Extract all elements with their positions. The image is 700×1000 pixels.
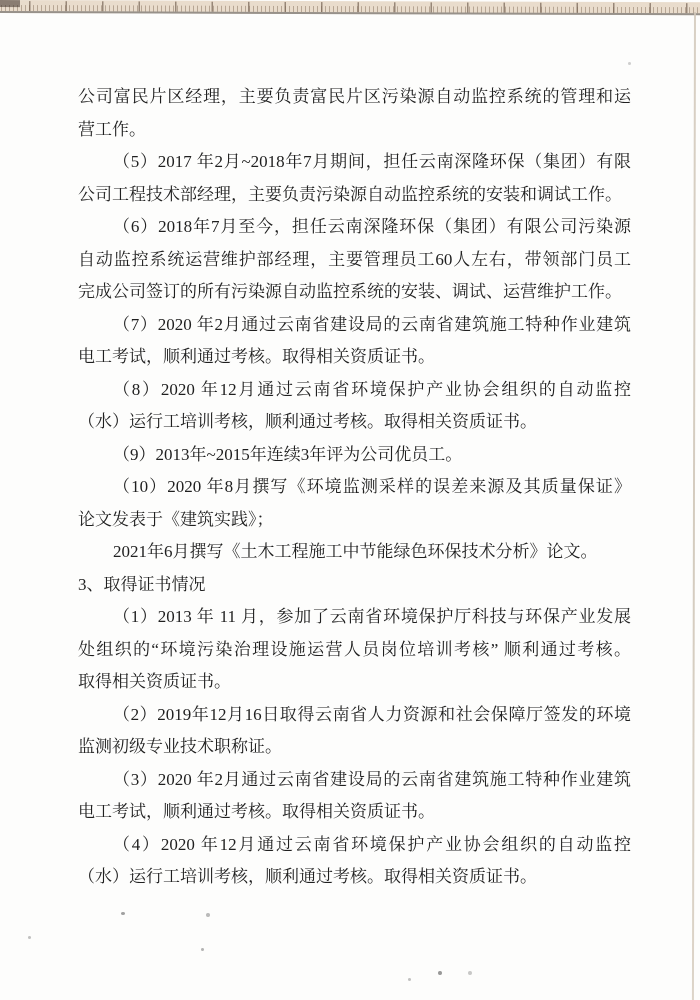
text-line: 2021年6月撰写《土木工程施工中节能绿色环保技术分析》论文。 — [78, 536, 631, 569]
scan-speck — [628, 62, 631, 65]
text-line: 电工考试，顺利通过考核。取得相关资质证书。 — [78, 796, 631, 829]
document-body: 公司富民片区经理，主要负责富民片区污染源自动监控系统的管理和运营工作。（5）20… — [78, 81, 631, 894]
page-edge-line — [692, 12, 696, 1000]
scan-speck — [201, 948, 204, 951]
section-heading: 3、取得证书情况 — [78, 569, 631, 602]
text-line: （2）2019年12月16日取得云南省人力资源和社会保障厅签发的环境 — [78, 699, 631, 732]
text-line: （5）2017 年2月~2018年7月期间，担任云南深隆环保（集团）有限 — [78, 146, 631, 179]
text-line: 论文发表于《建筑实践》； — [78, 504, 631, 537]
text-line: 取得相关资质证书。 — [78, 666, 631, 699]
text-line: （水）运行工培训考核，顺利通过考核。取得相关资质证书。 — [78, 861, 631, 894]
scanned-page: 公司富民片区经理，主要负责富民片区污染源自动监控系统的管理和运营工作。（5）20… — [0, 0, 700, 1000]
scan-speck — [206, 913, 210, 917]
scanner-ruler-strip — [0, 0, 700, 15]
scan-speck — [438, 971, 442, 975]
text-line: （1）2013 年 11 月，参加了云南省环境保护厅科技与环保产业发展 — [78, 601, 631, 634]
text-line: 完成公司签订的所有污染源自动监控系统的安装、调试、运营维护工作。 — [78, 276, 631, 309]
ruler-dark-mark — [0, 0, 20, 7]
text-line: （水）运行工培训考核，顺利通过考核。取得相关资质证书。 — [78, 406, 631, 439]
text-line: （8）2020 年12月通过云南省环境保护产业协会组织的自动监控 — [78, 374, 631, 407]
text-line: （9）2013年~2015年连续3年评为公司优员工。 — [78, 439, 631, 472]
text-line: 监测初级专业技术职称证。 — [78, 731, 631, 764]
text-line: 公司工程技术部经理，主要负责污染源自动监控系统的安装和调试工作。 — [78, 179, 631, 212]
scan-speck — [468, 971, 472, 975]
text-line: 自动监控系统运营维护部经理，主要管理员工60人左右，带领部门员工 — [78, 244, 631, 277]
text-line: （3）2020 年2月通过云南省建设局的云南省建筑施工特种作业建筑 — [78, 764, 631, 797]
text-line: 电工考试，顺利通过考核。取得相关资质证书。 — [78, 341, 631, 374]
text-line: （10）2020 年8月撰写《环境监测采样的误差来源及其质量保证》 — [78, 471, 631, 504]
text-line: （6）2018年7月至今，担任云南深隆环保（集团）有限公司污染源 — [78, 211, 631, 244]
text-line: 营工作。 — [78, 114, 631, 147]
text-line: 公司富民片区经理，主要负责富民片区污染源自动监控系统的管理和运 — [78, 81, 631, 114]
scan-speck — [28, 936, 31, 939]
text-line: （7）2020 年2月通过云南省建设局的云南省建筑施工特种作业建筑 — [78, 309, 631, 342]
text-line: （4）2020 年12月通过云南省环境保护产业协会组织的自动监控 — [78, 829, 631, 862]
scan-speck — [121, 912, 125, 915]
text-line: 处组织的“环境污染治理设施运营人员岗位培训考核” 顺利通过考核。 — [78, 634, 631, 667]
scan-speck — [408, 978, 411, 981]
